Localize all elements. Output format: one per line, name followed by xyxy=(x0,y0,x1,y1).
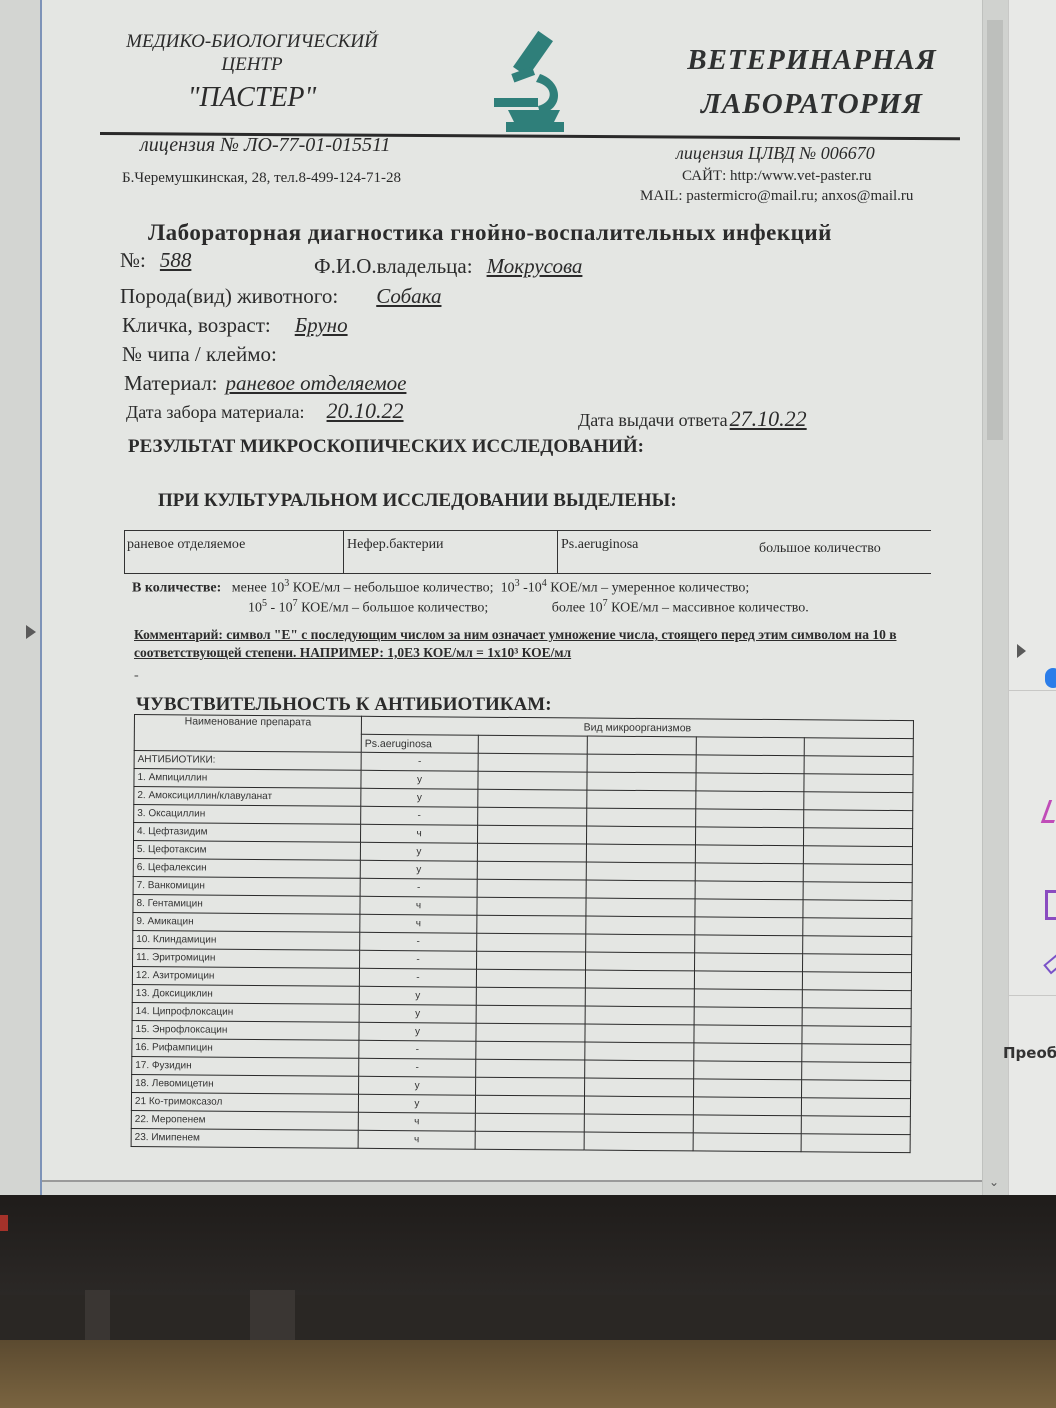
drug-name: 11. Эритромицин xyxy=(133,948,360,968)
drug-name: 12. Азитромицин xyxy=(132,966,359,986)
separator-dash: - xyxy=(134,668,139,684)
empty-cell xyxy=(477,897,586,916)
sensitivity-result: у xyxy=(359,1022,476,1041)
sensitivity-result: у xyxy=(359,1004,476,1023)
empty-cell xyxy=(694,989,803,1008)
empty-cell xyxy=(804,774,913,793)
sensitivity-result: у xyxy=(359,1076,476,1095)
empty-cell xyxy=(695,845,804,864)
empty-cell xyxy=(695,863,804,882)
monitor-screen: МЕДИКО-БИОЛОГИЧЕСКИЙ ЦЕНТР "ПАСТЕР" ВЕТЕ… xyxy=(0,0,1056,1200)
empty-cell xyxy=(695,827,804,846)
sensitivity-result: ч xyxy=(360,914,477,933)
empty-cell xyxy=(586,826,695,845)
empty-cell xyxy=(693,1061,802,1080)
field-collect-date: Дата забора материала:20.10.22 xyxy=(126,398,404,424)
drug-name: АНТИБИОТИКИ: xyxy=(134,751,361,771)
empty-cell xyxy=(477,825,586,844)
legend-large-mid: - 10 xyxy=(267,601,293,616)
empty-cell xyxy=(802,1044,911,1063)
empty-cell xyxy=(477,843,586,862)
breed-value: Собака xyxy=(376,284,441,308)
empty-cell xyxy=(804,792,913,811)
collect-date-value: 20.10.22 xyxy=(327,398,404,423)
organism-col-2 xyxy=(587,736,696,755)
empty-cell xyxy=(475,1095,584,1114)
drug-name: 7. Ванкомицин xyxy=(133,876,360,896)
organism-col-1 xyxy=(478,735,587,754)
legend-prefix: В количестве: xyxy=(132,581,221,596)
drug-name: 10. Клиндамицин xyxy=(133,930,360,950)
sensitivity-result: - xyxy=(360,950,477,969)
lab-name: ВЕТЕРИНАРНАЯ ЛАБОРАТОРИЯ xyxy=(662,38,962,126)
drug-name: 1. Ампициллин xyxy=(134,769,361,789)
culture-result-row: раневое отделяемое Нефер.бактерии Ps.aer… xyxy=(124,530,931,574)
empty-cell xyxy=(476,1077,585,1096)
report-title: Лабораторная диагностика гнойно-воспалит… xyxy=(148,220,832,246)
address: Б.Черемушкинская, 28, тел.8-499-124-71-2… xyxy=(122,170,401,187)
license-medical: лицензия № ЛО-77-01-015511 xyxy=(140,134,390,157)
sensitivity-result: - xyxy=(359,1040,476,1059)
sensitivity-result: - xyxy=(359,968,476,987)
sensitivity-result: - xyxy=(361,806,478,825)
name-value: Бруно xyxy=(295,313,348,337)
empty-cell xyxy=(803,864,912,883)
field-chip: № чипа / клеймо: xyxy=(122,342,277,367)
organism-col-3 xyxy=(696,737,805,756)
col-drug-name: Наименование препарата xyxy=(134,715,361,753)
lab-name-line2: ЛАБОРАТОРИЯ xyxy=(662,82,962,126)
drug-name: 23. Имипенем xyxy=(131,1128,358,1148)
empty-cell xyxy=(803,972,912,991)
empty-cell xyxy=(476,969,585,988)
empty-cell xyxy=(585,952,694,971)
center-brand: "ПАСТЕР" xyxy=(102,76,402,120)
empty-cell xyxy=(804,756,913,775)
empty-cell xyxy=(584,1078,693,1097)
empty-cell xyxy=(585,988,694,1007)
edit-pdf-icon[interactable] xyxy=(1045,890,1056,920)
sensitivity-result: ч xyxy=(360,896,477,915)
center-name-line1: МЕДИКО-БИОЛОГИЧЕСКИЙ xyxy=(102,30,402,53)
empty-cell xyxy=(694,935,803,954)
empty-cell xyxy=(694,917,803,936)
empty-cell xyxy=(693,1043,802,1062)
sensitivity-result: у xyxy=(361,770,478,789)
empty-cell xyxy=(478,807,587,826)
legend-large: 10 xyxy=(248,601,262,616)
microscope-icon xyxy=(494,24,574,134)
material-value: раневое отделяемое xyxy=(226,371,407,395)
empty-cell xyxy=(801,1134,910,1153)
field-name: Кличка, возраст:Бруно xyxy=(122,313,348,338)
empty-cell xyxy=(803,900,912,919)
number-value: 588 xyxy=(160,248,192,272)
sensitivity-result: у xyxy=(360,860,477,879)
legend-small-tail: КОЕ/мл – небольшое количество; xyxy=(289,581,493,596)
lab-name-line1: ВЕТЕРИНАРНАЯ xyxy=(662,38,962,82)
chip-label: № чипа / клеймо: xyxy=(122,342,277,366)
empty-cell xyxy=(804,846,913,865)
collapse-panel-icon[interactable] xyxy=(1017,644,1026,658)
email: MAIL: pastermicro@mail.ru; anxos@mail.ru xyxy=(640,188,913,205)
sensitivity-result: у xyxy=(358,1094,475,1113)
empty-cell xyxy=(693,1097,802,1116)
empty-cell xyxy=(694,899,803,918)
culture-material: раневое отделяемое xyxy=(127,537,245,553)
drug-name: 18. Левомицетин xyxy=(132,1074,359,1094)
empty-cell xyxy=(586,808,695,827)
comment-note: Комментарий: символ "Е" с последующим чи… xyxy=(134,626,924,662)
drug-name: 4. Цефтазидим xyxy=(134,823,361,843)
culture-quantity: большое количество xyxy=(759,541,881,557)
collect-date-label: Дата забора материала: xyxy=(126,402,305,422)
empty-cell xyxy=(475,1131,584,1150)
empty-cell xyxy=(586,898,695,917)
vertical-scrollbar[interactable]: ⌄ xyxy=(982,0,1009,1195)
empty-cell xyxy=(802,1080,911,1099)
center-name-line2: ЦЕНТР xyxy=(102,53,402,76)
material-label: Материал: xyxy=(124,371,218,395)
empty-cell xyxy=(584,1114,693,1133)
sensitivity-result: - xyxy=(360,932,477,951)
sensitivity-result: ч xyxy=(360,824,477,843)
empty-cell xyxy=(803,936,912,955)
field-breed: Порода(вид) животного:Собака xyxy=(120,284,441,309)
empty-cell xyxy=(694,971,803,990)
convert-button[interactable]: Преоб xyxy=(1003,1044,1056,1062)
field-number: №:588 xyxy=(120,248,191,273)
drug-name: 5. Цефотаксим xyxy=(133,841,360,861)
empty-cell xyxy=(586,844,695,863)
empty-cell xyxy=(585,1006,694,1025)
empty-cell xyxy=(694,1007,803,1026)
sensitivity-result: - xyxy=(360,878,477,897)
antibiotic-sensitivity-table: Наименование препарата Вид микроорганизм… xyxy=(131,714,914,1153)
empty-cell xyxy=(695,809,804,828)
sensitivity-result: у xyxy=(359,986,476,1005)
tools-side-panel: Преоб xyxy=(1008,0,1056,1200)
empty-cell xyxy=(476,1059,585,1078)
empty-cell xyxy=(803,882,912,901)
empty-cell xyxy=(477,951,586,970)
drug-name: 22. Меропенем xyxy=(131,1110,358,1130)
scroll-down-icon[interactable]: ⌄ xyxy=(989,1175,999,1189)
sensitivity-result: ч xyxy=(358,1112,475,1131)
drug-name: 21 Ко-тримоксазол xyxy=(131,1092,358,1112)
license-vet: лицензия ЦЛВД № 006670 xyxy=(676,143,875,164)
empty-cell xyxy=(476,1041,585,1060)
website: САЙТ: http:/www.vet-paster.ru xyxy=(682,168,872,185)
drug-name: 13. Доксициклин xyxy=(132,984,359,1004)
quantity-legend-line2: 105 - 107 КОЕ/мл – большое количество; б… xyxy=(248,598,809,617)
field-issue-date: Дата выдачи ответа27.10.22 xyxy=(578,406,807,432)
empty-cell xyxy=(476,987,585,1006)
empty-cell xyxy=(693,1025,802,1044)
empty-cell xyxy=(477,861,586,880)
empty-cell xyxy=(584,1060,693,1079)
monitor-bezel xyxy=(0,1195,1056,1295)
empty-cell xyxy=(476,1005,585,1024)
empty-cell xyxy=(801,1116,910,1135)
legend-moderate-tail: КОЕ/мл – умеренное количество; xyxy=(547,581,750,596)
empty-cell xyxy=(477,879,586,898)
drug-name: 16. Рифампицин xyxy=(132,1038,359,1058)
culture-heading: ПРИ КУЛЬТУРАЛЬНОМ ИССЛЕДОВАНИИ ВЫДЕЛЕНЫ: xyxy=(158,490,677,512)
empty-cell xyxy=(802,1098,911,1117)
empty-cell xyxy=(585,970,694,989)
empty-cell xyxy=(584,1132,693,1151)
export-pdf-icon[interactable] xyxy=(1041,800,1056,823)
drug-name: 9. Амикацин xyxy=(133,912,360,932)
empty-cell xyxy=(478,753,587,772)
empty-cell xyxy=(477,915,586,934)
breed-label: Порода(вид) животного: xyxy=(120,284,338,308)
fill-sign-icon[interactable] xyxy=(1043,954,1056,975)
sensitivity-result: - xyxy=(359,1058,476,1077)
empty-cell xyxy=(804,828,913,847)
legend-massive-tail: КОЕ/мл – массивное количество. xyxy=(608,601,809,616)
empty-cell xyxy=(695,881,804,900)
lab-report: МЕДИКО-БИОЛОГИЧЕСКИЙ ЦЕНТР "ПАСТЕР" ВЕТЕ… xyxy=(42,0,982,1180)
empty-cell xyxy=(695,791,804,810)
empty-cell xyxy=(586,862,695,881)
drug-name: 8. Гентамицин xyxy=(133,894,360,914)
drug-name: 14. Ципрофлоксацин xyxy=(132,1002,359,1022)
empty-cell xyxy=(802,990,911,1009)
empty-cell xyxy=(586,916,695,935)
empty-cell xyxy=(694,953,803,972)
legend-large-tail: КОЕ/мл – большое количество; xyxy=(298,601,489,616)
left-gutter xyxy=(0,0,42,1200)
drug-name: 3. Оксациллин xyxy=(134,805,361,825)
number-label: №: xyxy=(120,248,146,272)
empty-cell xyxy=(803,954,912,973)
drug-name: 17. Фузидин xyxy=(132,1056,359,1076)
expand-left-panel-icon[interactable] xyxy=(26,625,36,639)
empty-cell xyxy=(478,789,587,808)
empty-cell xyxy=(693,1079,802,1098)
empty-cell xyxy=(803,918,912,937)
empty-cell xyxy=(587,790,696,809)
sensitivity-result: у xyxy=(360,842,477,861)
legend-moderate-mid: -10 xyxy=(520,581,542,596)
empty-cell xyxy=(802,1062,911,1081)
issue-date-label: Дата выдачи ответа xyxy=(578,410,728,430)
empty-cell xyxy=(475,1113,584,1132)
empty-cell xyxy=(585,1042,694,1061)
issue-date-value: 27.10.22 xyxy=(730,406,807,431)
empty-cell xyxy=(693,1115,802,1134)
legend-small: менее 10 xyxy=(232,581,285,596)
pdf-page: МЕДИКО-БИОЛОГИЧЕСКИЙ ЦЕНТР "ПАСТЕР" ВЕТЕ… xyxy=(42,0,982,1182)
owner-label: Ф.И.О.владельца: xyxy=(314,254,473,278)
drug-name: 6. Цефалексин xyxy=(133,858,360,878)
owner-value: Мокрусова xyxy=(487,254,583,278)
empty-cell xyxy=(695,773,804,792)
sensitivity-result: у xyxy=(361,788,478,807)
drug-name: 2. Амоксициллин/клавуланат xyxy=(134,787,361,807)
empty-cell xyxy=(802,1026,911,1045)
empty-cell xyxy=(477,933,586,952)
empty-cell xyxy=(585,1024,694,1043)
field-owner: Ф.И.О.владельца:Мокрусова xyxy=(314,254,582,279)
legend-massive: более 10 xyxy=(552,601,603,616)
drug-name: 15. Энрофлоксацин xyxy=(132,1020,359,1040)
empty-cell xyxy=(804,810,913,829)
sensitivity-heading: ЧУВСТВИТЕЛЬНОСТЬ К АНТИБИОТИКАМ: xyxy=(136,694,552,716)
legend-moderate: 10 xyxy=(501,581,515,596)
desk-surface xyxy=(0,1340,1056,1408)
organism-col-4 xyxy=(804,738,913,757)
empty-cell xyxy=(586,880,695,899)
tool-icon-blue[interactable] xyxy=(1045,668,1056,688)
microscopy-heading: РЕЗУЛЬТАТ МИКРОСКОПИЧЕСКИХ ИССЛЕДОВАНИЙ: xyxy=(128,436,644,458)
empty-cell xyxy=(478,771,587,790)
sensitivity-result: - xyxy=(361,752,478,771)
name-label: Кличка, возраст: xyxy=(122,313,271,337)
power-led xyxy=(0,1215,8,1231)
scrollbar-thumb[interactable] xyxy=(987,20,1003,440)
organism-col-0: Ps.aeruginosa xyxy=(361,734,478,753)
empty-cell xyxy=(802,1008,911,1027)
empty-cell xyxy=(587,754,696,773)
empty-cell xyxy=(696,755,805,774)
empty-cell xyxy=(476,1023,585,1042)
empty-cell xyxy=(585,934,694,953)
culture-group: Нефер.бактерии xyxy=(347,537,444,553)
empty-cell xyxy=(584,1096,693,1115)
sensitivity-result: ч xyxy=(358,1130,475,1149)
quantity-legend-line1: В количестве: менее 103 КОЕ/мл – небольш… xyxy=(132,578,749,597)
empty-cell xyxy=(587,772,696,791)
empty-cell xyxy=(693,1133,802,1152)
center-name: МЕДИКО-БИОЛОГИЧЕСКИЙ ЦЕНТР "ПАСТЕР" xyxy=(102,30,402,120)
field-material: Материал:раневое отделяемое xyxy=(124,371,406,396)
culture-organism: Ps.aeruginosa xyxy=(561,537,638,553)
